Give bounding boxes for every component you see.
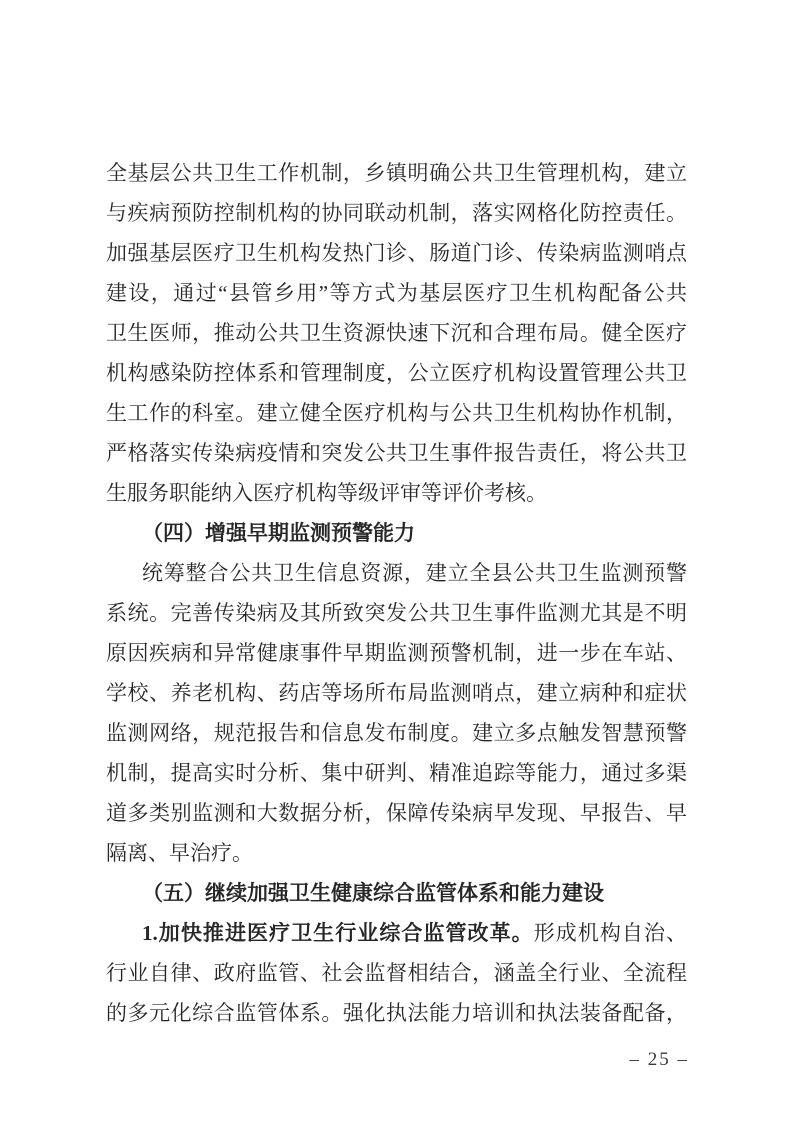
text-line: 原因疾病和异常健康事件早期监测预警机制，进一步在车站、 (106, 633, 687, 673)
text-line: 建设，通过“县管乡用”等方式为基层医疗卫生机构配备公共 (106, 273, 687, 313)
text-line: 1.加快推进医疗卫生行业综合监管改革。形成机构自治、 (106, 913, 687, 953)
text-line: 与疾病预防控制机构的协同联动机制，落实网格化防控责任。 (106, 193, 687, 233)
text-line: 机制，提高实时分析、集中研判、精准追踪等能力，通过多渠 (106, 753, 687, 793)
section-heading: （五）继续加强卫生健康综合监管体系和能力建设 (106, 873, 687, 913)
text-line: 监测网络，规范报告和信息发布制度。建立多点触发智慧预警 (106, 713, 687, 753)
text-line: 道多类别监测和大数据分析，保障传染病早发现、早报告、早 (106, 793, 687, 833)
text-line: 学校、养老机构、药店等场所布局监测哨点，建立病种和症状 (106, 673, 687, 713)
document-page: 全基层公共卫生工作机制，乡镇明确公共卫生管理机构，建立与疾病预防控制机构的协同联… (0, 0, 793, 1122)
text-line: 严格落实传染病疫情和突发公共卫生事件报告责任，将公共卫 (106, 433, 687, 473)
section-heading: （四）增强早期监测预警能力 (106, 513, 687, 553)
paragraph-lead-bold: 1.加快推进医疗卫生行业综合监管改革。 (142, 921, 534, 945)
page-number: – 25 – (630, 1048, 690, 1072)
text-line: 隔离、早治疗。 (106, 833, 687, 873)
document-body: 全基层公共卫生工作机制，乡镇明确公共卫生管理机构，建立与疾病预防控制机构的协同联… (106, 153, 687, 1033)
text-line: 机构感染防控体系和管理制度，公立医疗机构设置管理公共卫 (106, 353, 687, 393)
text-line: 卫生医师，推动公共卫生资源快速下沉和合理布局。健全医疗 (106, 313, 687, 353)
text-line: 行业自律、政府监管、社会监督相结合，涵盖全行业、全流程 (106, 953, 687, 993)
text-line: 系统。完善传染病及其所致突发公共卫生事件监测尤其是不明 (106, 593, 687, 633)
text-line: 全基层公共卫生工作机制，乡镇明确公共卫生管理机构，建立 (106, 153, 687, 193)
text-line: 生工作的科室。建立健全医疗机构与公共卫生机构协作机制， (106, 393, 687, 433)
text-line: 加强基层医疗卫生机构发热门诊、肠道门诊、传染病监测哨点 (106, 233, 687, 273)
text-line: 生服务职能纳入医疗机构等级评审等评价考核。 (106, 473, 687, 513)
text-line: 统筹整合公共卫生信息资源，建立全县公共卫生监测预警 (106, 553, 687, 593)
text-line: 的多元化综合监管体系。强化执法能力培训和执法装备配备， (106, 993, 687, 1033)
